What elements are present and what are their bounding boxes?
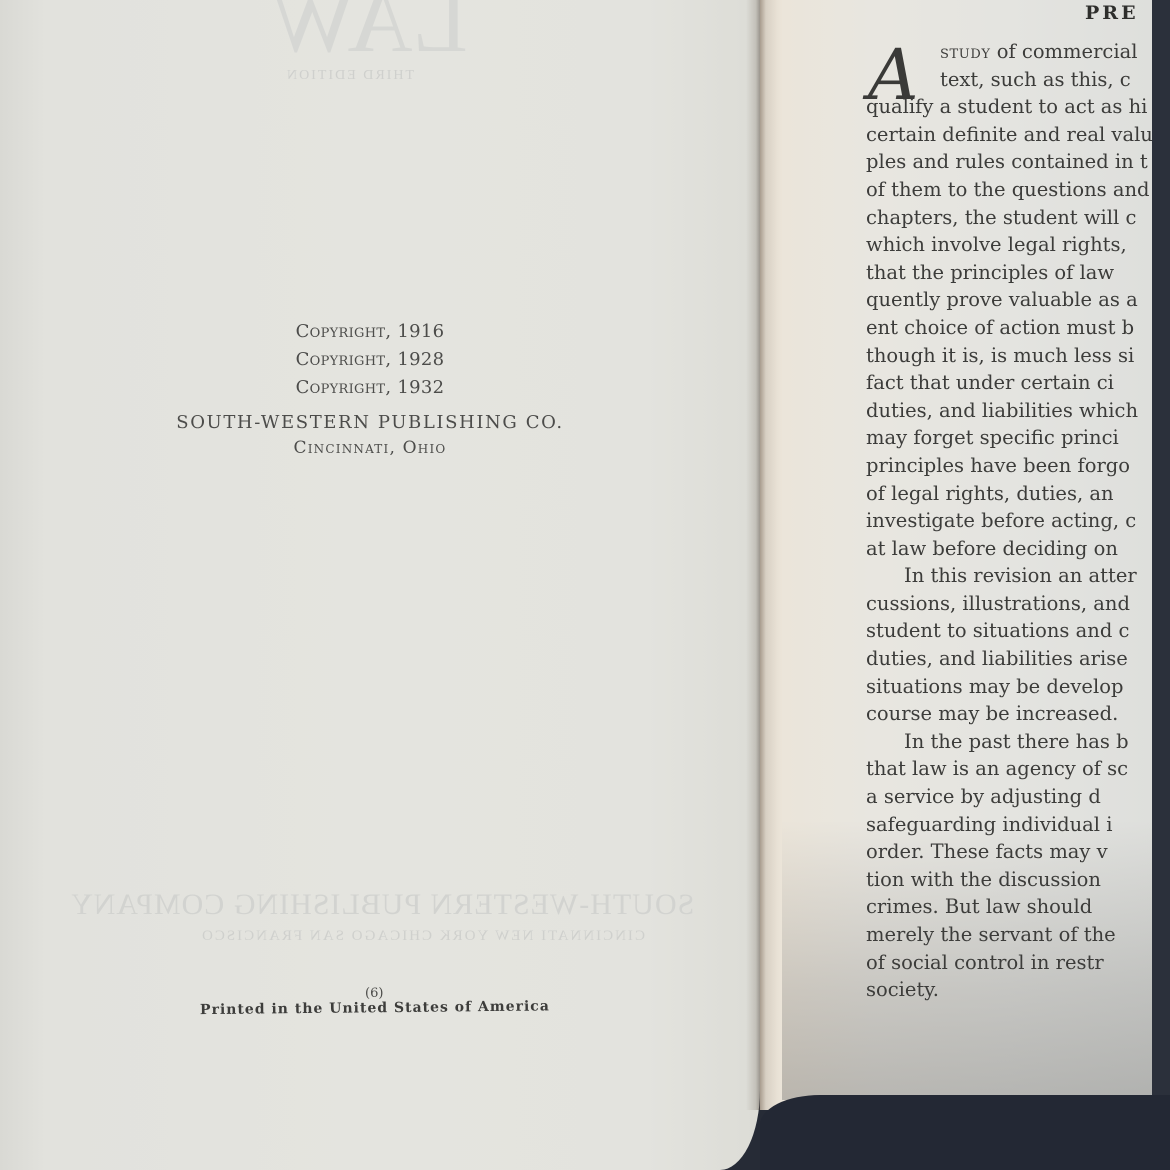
text-line: duties, and liabilities arise: [866, 645, 1170, 673]
text-line: study of commercial: [866, 38, 1170, 66]
copyright-block: Copyright, 1916 Copyright, 1928 Copyrigh…: [150, 318, 590, 460]
text-line: a service by adjusting d: [866, 783, 1170, 811]
copyright-line: Copyright, 1928: [150, 346, 590, 374]
left-page-copyright: LAW THIRD EDITION SOUTH-WESTERN PUBLISHI…: [0, 0, 760, 1170]
publisher-name: SOUTH-WESTERN PUBLISHING CO.: [150, 410, 590, 436]
text-line: investigate before acting, c: [866, 507, 1170, 535]
text-line: ples and rules contained in t: [866, 148, 1170, 176]
text-line: society.: [866, 976, 1170, 1004]
text-line: text, such as this, c: [866, 66, 1170, 94]
text-line: of legal rights, duties, an: [866, 480, 1170, 508]
copyright-line: Copyright, 1916: [150, 318, 590, 346]
text-line: of them to the questions and: [866, 176, 1170, 204]
text-line: that the principles of law: [866, 259, 1170, 287]
background-surface: [760, 1095, 1170, 1170]
publisher-city: Cincinnati, Ohio: [150, 436, 590, 460]
text-line: crimes. But law should: [866, 893, 1170, 921]
text-line: qualify a student to act as hi: [866, 93, 1170, 121]
show-through-cities: CINCINNATI NEW YORK CHICAGO SAN FRANCISC…: [200, 928, 645, 945]
text-line: of social control in restr: [866, 949, 1170, 977]
text-line: though it is, is much less si: [866, 342, 1170, 370]
preface-body-text: study of commercial text, such as this, …: [866, 38, 1170, 1004]
text-line: that law is an agency of sc: [866, 755, 1170, 783]
text-line: tion with the discussion: [866, 866, 1170, 894]
text-line: order. These facts may v: [866, 838, 1170, 866]
background-edge: [1152, 0, 1170, 1170]
show-through-title: LAW: [270, 0, 468, 73]
show-through-edition: THIRD EDITION: [285, 68, 414, 84]
text-line: chapters, the student will c: [866, 204, 1170, 232]
text-line: In this revision an atter: [866, 562, 1170, 590]
text-line: duties, and liabilities which: [866, 397, 1170, 425]
text-line: may forget specific princi: [866, 424, 1170, 452]
text-line: principles have been forgo: [866, 452, 1170, 480]
text-line: certain definite and real valu: [866, 121, 1170, 149]
page-number: (6): [365, 986, 383, 1001]
text-line: safeguarding individual i: [866, 811, 1170, 839]
text-line: quently prove valuable as a: [866, 286, 1170, 314]
text-line: student to situations and c: [866, 617, 1170, 645]
text-line: fact that under certain ci: [866, 369, 1170, 397]
preface-heading: PRE: [1085, 2, 1139, 24]
open-book-photo: LAW THIRD EDITION SOUTH-WESTERN PUBLISHI…: [0, 0, 1170, 1170]
copyright-line: Copyright, 1932: [150, 374, 590, 402]
text-line: which involve legal rights,: [866, 231, 1170, 259]
text-line: cussions, illustrations, and: [866, 590, 1170, 618]
text-line: merely the servant of the: [866, 921, 1170, 949]
text-line: at law before deciding on: [866, 535, 1170, 563]
text-line: course may be increased.: [866, 700, 1170, 728]
printed-in-notice: Printed in the United States of America: [200, 998, 600, 1018]
show-through-publisher: SOUTH-WESTERN PUBLISHING COMPANY: [70, 888, 694, 922]
text-line: situations may be develop: [866, 673, 1170, 701]
text-line: In the past there has b: [866, 728, 1170, 756]
text-line: ent choice of action must b: [866, 314, 1170, 342]
